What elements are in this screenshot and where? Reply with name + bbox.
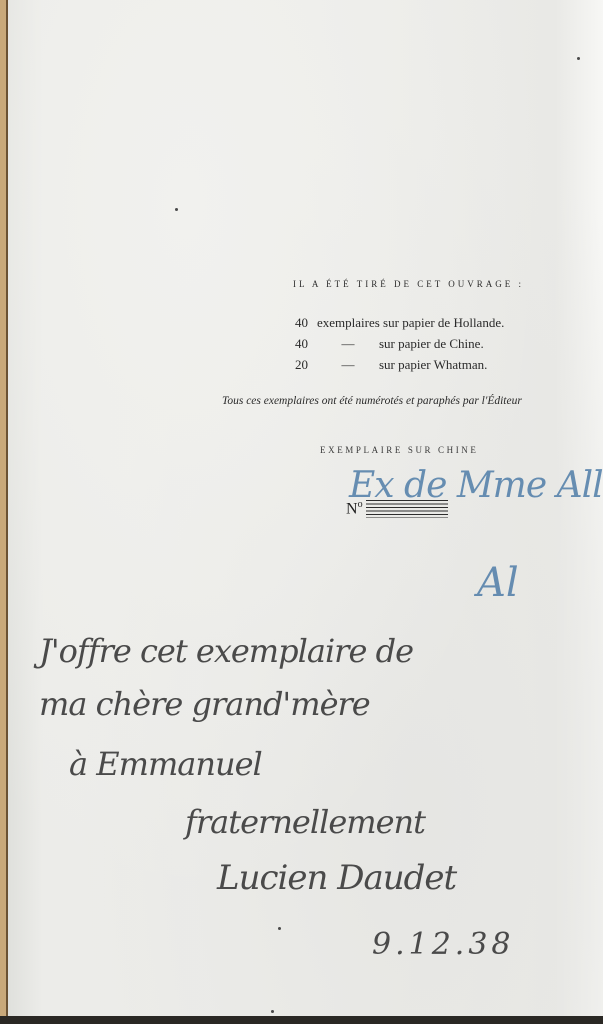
ditto-dash: —	[317, 354, 379, 375]
crossed-out-number	[366, 500, 448, 518]
edition-count: 20	[295, 354, 317, 375]
paper-speck	[278, 927, 281, 930]
edition-row-hollande: 40 exemplaires sur papier de Hollande.	[295, 312, 504, 333]
edition-label: exemplaires sur papier de Hollande.	[317, 312, 504, 333]
paper-speck	[577, 57, 580, 60]
book-edge	[6, 0, 8, 1016]
page-bottom-shadow	[0, 1016, 603, 1024]
edition-label: sur papier de Chine.	[379, 333, 484, 354]
edition-count: 40	[295, 312, 317, 333]
paper-speck	[271, 1010, 274, 1013]
numbering-note: Tous ces exemplaires ont été numérotés e…	[222, 395, 522, 407]
signature: Lucien Daudet	[217, 858, 456, 898]
copy-type-label: EXEMPLAIRE SUR CHINE	[320, 445, 479, 455]
paper-speck	[175, 208, 178, 211]
book-page: IL A ÉTÉ TIRÉ DE CET OUVRAGE : 40 exempl…	[7, 0, 603, 1016]
ditto-dash: —	[317, 333, 379, 354]
edition-list: 40 exemplaires sur papier de Hollande. 4…	[295, 312, 504, 375]
edition-row-chine: 40 — sur papier de Chine.	[295, 333, 504, 354]
edition-label: sur papier Whatman.	[379, 354, 487, 375]
edition-row-whatman: 20 — sur papier Whatman.	[295, 354, 504, 375]
dedication-line-3: à Emmanuel	[69, 745, 262, 783]
limitation-header: IL A ÉTÉ TIRÉ DE CET OUVRAGE :	[7, 279, 603, 289]
edition-count: 40	[295, 333, 317, 354]
dedication-line-2: ma chère grand'mère	[39, 685, 370, 723]
number-label: No	[346, 499, 363, 518]
dedication-closing: fraternellement	[185, 803, 425, 841]
dedication-line-1: J'offre cet exemplaire de	[39, 632, 413, 670]
dedication-date: 9.12.38	[372, 927, 515, 962]
blue-ink-initials: Al	[477, 560, 519, 606]
copy-number-field: No	[346, 499, 448, 518]
